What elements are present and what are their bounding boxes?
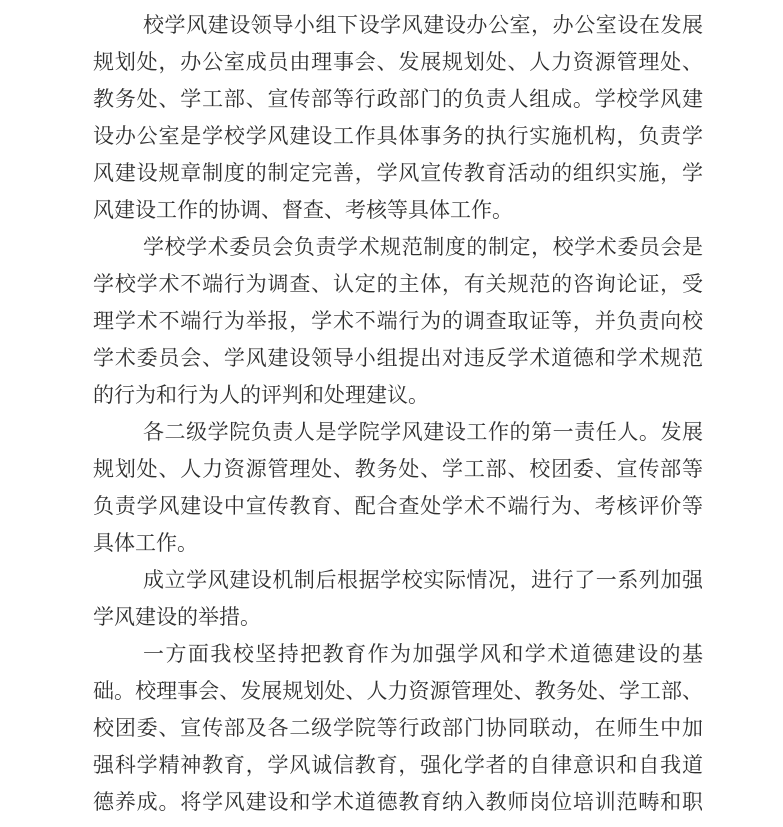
document-page: 校学风建设领导小组下设学风建设办公室，办公室设在发展 规划处，办公室成员由理事会… xyxy=(0,0,783,827)
text-line: 的行为和行为人的评判和处理建议。 xyxy=(93,377,703,414)
text-line: 学风建设的举措。 xyxy=(93,599,703,636)
text-line: 规划处、人力资源管理处、教务处、学工部、校团委、宣传部等 xyxy=(93,451,703,488)
text-line: 校团委、宣传部及各二级学院等行政部门协同联动，在师生中加 xyxy=(93,710,703,747)
text-line: 成立学风建设机制后根据学校实际情况，进行了一系列加强 xyxy=(93,562,703,599)
paragraph: 各二级学院负责人是学院学风建设工作的第一责任人。发展 规划处、人力资源管理处、教… xyxy=(93,414,703,562)
paragraph: 一方面我校坚持把教育作为加强学风和学术道德建设的基 础。校理事会、发展规划处、人… xyxy=(93,636,703,821)
text-line: 础。校理事会、发展规划处、人力资源管理处、教务处、学工部、 xyxy=(93,673,703,710)
text-line: 学校学术委员会负责学术规范制度的制定，校学术委员会是 xyxy=(93,229,703,266)
text-line: 一方面我校坚持把教育作为加强学风和学术道德建设的基 xyxy=(93,636,703,673)
text-line: 德养成。将学风建设和学术道德教育纳入教师岗位培训范畴和职 xyxy=(93,784,703,821)
text-line: 各二级学院负责人是学院学风建设工作的第一责任人。发展 xyxy=(93,414,703,451)
text-line: 负责学风建设中宣传教育、配合查处学术不端行为、考核评价等 xyxy=(93,488,703,525)
text-line: 学术委员会、学风建设领导小组提出对违反学术道德和学术规范 xyxy=(93,340,703,377)
paragraph: 校学风建设领导小组下设学风建设办公室，办公室设在发展 规划处，办公室成员由理事会… xyxy=(93,7,703,229)
text-line: 具体工作。 xyxy=(93,525,703,562)
paragraph: 成立学风建设机制后根据学校实际情况，进行了一系列加强 学风建设的举措。 xyxy=(93,562,703,636)
text-line: 学校学术不端行为调查、认定的主体，有关规范的咨询论证，受 xyxy=(93,266,703,303)
text-line: 校学风建设领导小组下设学风建设办公室，办公室设在发展 xyxy=(93,7,703,44)
text-line: 理学术不端行为举报，学术不端行为的调查取证等，并负责向校 xyxy=(93,303,703,340)
text-line: 规划处，办公室成员由理事会、发展规划处、人力资源管理处、 xyxy=(93,44,703,81)
text-line: 风建设工作的协调、督查、考核等具体工作。 xyxy=(93,192,703,229)
text-line: 设办公室是学校学风建设工作具体事务的执行实施机构，负责学 xyxy=(93,118,703,155)
text-line: 强科学精神教育，学风诚信教育，强化学者的自律意识和自我道 xyxy=(93,747,703,784)
document-text-block: 校学风建设领导小组下设学风建设办公室，办公室设在发展 规划处，办公室成员由理事会… xyxy=(93,7,703,821)
text-line: 教务处、学工部、宣传部等行政部门的负责人组成。学校学风建 xyxy=(93,81,703,118)
paragraph: 学校学术委员会负责学术规范制度的制定，校学术委员会是 学校学术不端行为调查、认定… xyxy=(93,229,703,414)
text-line: 风建设规章制度的制定完善，学风宣传教育活动的组织实施，学 xyxy=(93,155,703,192)
